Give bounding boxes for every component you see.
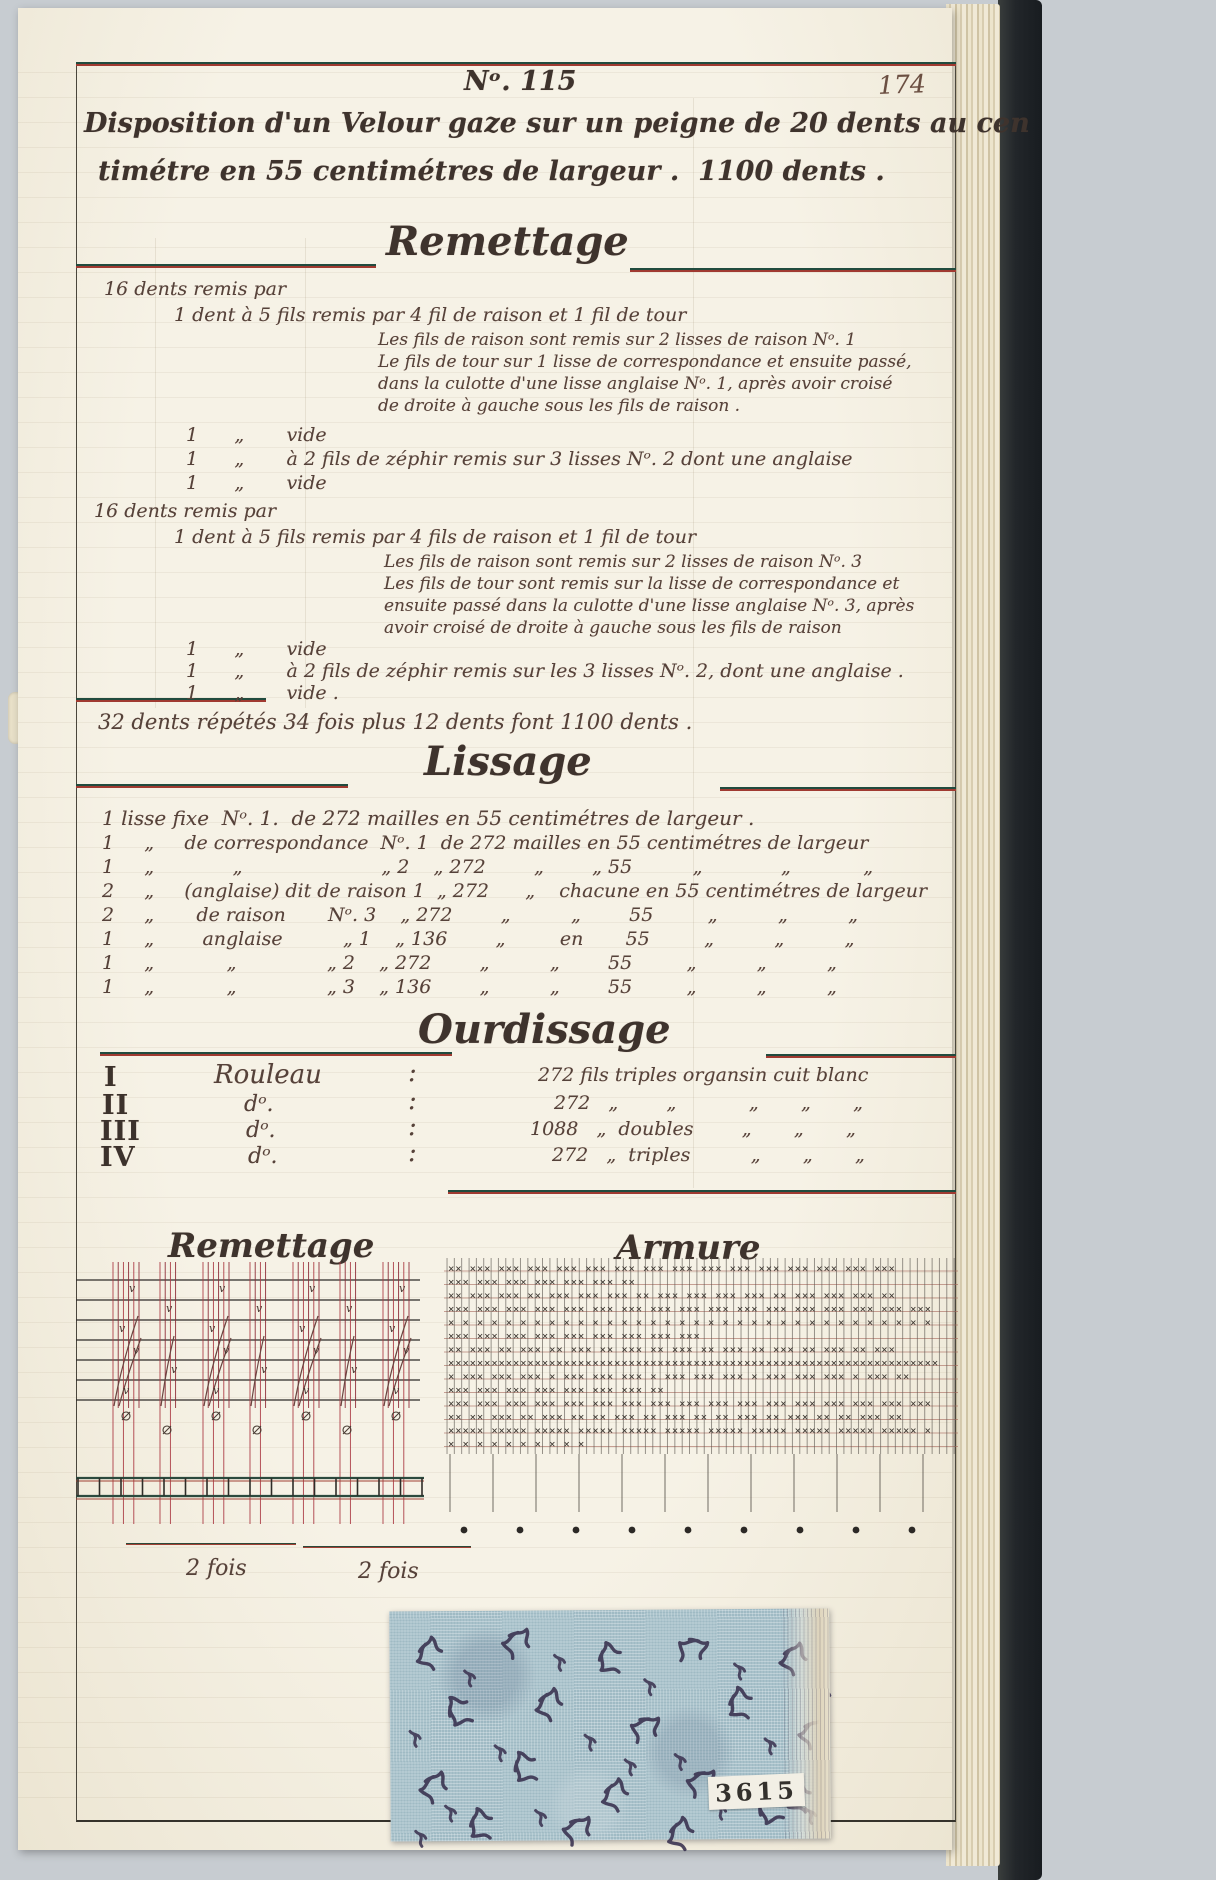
remettage-line: 1 „ vide (186, 638, 327, 660)
ourdissage-rule-right (766, 1054, 956, 1058)
fois-label-2: 2 fois (358, 1559, 419, 1584)
remettage-line: Les fils de tour sont remis sur la lisse… (384, 574, 899, 594)
ourdissage-line: Rouleau (214, 1060, 322, 1090)
svg-text:v: v (219, 1282, 226, 1295)
tie-up-dots (461, 1527, 916, 1534)
svg-text:v: v (261, 1363, 268, 1376)
svg-text:××× ××× ××× ××× ××× ××× ××× ××: ××× ××× ××× ××× ××× ××× ××× ××× ××× ××× … (448, 1398, 932, 1410)
remettage-line: 16 dents remis par (104, 278, 286, 300)
svg-text:v: v (119, 1322, 126, 1335)
ourdissage-line: 272 „ „ „ „ „ (554, 1092, 863, 1114)
ourdissage-line: 272 „ triples „ „ „ (552, 1144, 865, 1166)
ourdissage-line: dᵒ. (248, 1144, 278, 1169)
remettage-line: 1 „ vide (186, 472, 327, 494)
remettage-line: Les fils de raison sont remis sur 2 liss… (378, 330, 856, 350)
remettage-line: 16 dents remis par (94, 500, 276, 522)
ourdissage-colon: : (408, 1058, 417, 1088)
remettage-total-line: 32 dents répétés 34 fois plus 12 dents f… (98, 710, 692, 734)
svg-text:v: v (399, 1282, 406, 1295)
svg-text:× × × × × × × × × × × × × × ×: × × × × × × × × × × × × × × × × × × × × … (448, 1317, 932, 1329)
lissage-rule-left (76, 784, 348, 788)
svg-text:×× ××× ××× ××× ××× ××× ××× ×: ×× ××× ××× ××× ××× ××× ××× ××× ××× ××× ×… (448, 1263, 896, 1275)
svg-text:×× ××× ××× ×× ××× ××× ××× ××: ×× ××× ××× ×× ××× ××× ××× ×× ××× ××× ×××… (448, 1290, 896, 1302)
svg-text:××× ××× ××× ×××: ××× ××× ××× ××× ××× ××× ××× ××× ××× (448, 1331, 701, 1343)
svg-text:××× ××× ×××: ××× ××× ××× ××× ××× ××× ×× (448, 1277, 636, 1289)
book-cover (998, 0, 1042, 1880)
svg-text:××× ××× ××× ××× ××× ××× ××× ××: ××× ××× ××× ××× ××× ××× ××× ××× ××× ××× … (448, 1304, 932, 1316)
remettage-rule-left (76, 264, 376, 268)
svg-text:××× ××× ××× ×××: ××× ××× ××× ××× ××× ××× ××× ×× (448, 1385, 665, 1397)
remettage-line: avoir croisé de droite à gauche sous les… (384, 618, 842, 638)
lissage-heading: Lissage (424, 738, 592, 785)
svg-text:v: v (346, 1302, 353, 1315)
svg-text:v: v (171, 1363, 178, 1376)
svg-text:××××××××××××××××××××××××××××××: ××××××××××××××××××××××××××××××××××××××××… (448, 1358, 939, 1370)
folio-number-label: Nᵒ. 115 (464, 66, 576, 97)
svg-text:v: v (213, 1384, 220, 1397)
svg-text:v: v (299, 1322, 306, 1335)
manuscript-page: Nᵒ. 115 174 Disposition d'un Velour gaze… (18, 8, 952, 1850)
lissage-line: 1 „ anglaise „ 1 „ 136 „ en 55 „ „ „ (102, 928, 854, 950)
armure-weave-diagram: ×× ××× ××× ××× ××× ××× ××× ××× ××× ××× ×… (444, 1258, 958, 1563)
empty-dent-marks (122, 1412, 400, 1434)
svg-text:× × × × ×: × × × × × × × × × × (448, 1439, 585, 1451)
remettage-line: 1 „ à 2 fils de zéphir remis sur 3 lisse… (186, 448, 853, 470)
remettage-line: 1 „ vide (186, 424, 327, 446)
svg-text:×× ××× ×× ××× ×× ××× ×× ××× ×: ×× ××× ×× ××× ×× ××× ×× ××× ×× ××× ×× ××… (448, 1344, 896, 1356)
ourdissage-line: 1088 „ doubles „ „ „ (530, 1118, 856, 1140)
svg-text:v: v (393, 1384, 400, 1397)
svg-text:v: v (223, 1344, 230, 1357)
svg-text:v: v (133, 1344, 140, 1357)
ourdissage-colon: : (408, 1138, 417, 1168)
remettage-rule-right (630, 268, 956, 272)
book-photo: { "page": { "no_label": "Nᵒ. 115", "numb… (0, 0, 1216, 1880)
svg-text:v: v (256, 1302, 263, 1315)
thread-crossings (114, 1316, 411, 1406)
fabric-swatch: 3615 (389, 1608, 831, 1841)
remettage-line: ensuite passé dans la culotte d'une liss… (384, 596, 914, 616)
svg-text:v: v (166, 1302, 173, 1315)
svg-text:××××× ××××× ××××× ××××× ×××××: ××××× ××××× ××××× ××××× ××××× ××××× ××××… (448, 1425, 932, 1437)
lissage-line: 1 lisse fixe Nᵒ. 1. de 272 mailles en 55… (102, 806, 754, 830)
svg-text:v: v (389, 1322, 396, 1335)
remettage-threading-diagram: vvvvvvvvvvvvvvvvvvvvvv (76, 1258, 426, 1548)
title-line-1: Disposition d'un Velour gaze sur un peig… (84, 108, 1030, 139)
swatch-number-label: 3615 (708, 1773, 805, 1810)
hanging-cords (450, 1454, 923, 1512)
lissage-line: 2 „ de raison Nᵒ. 3 „ 272 „ „ 55 „ „ „ (102, 904, 858, 926)
ourdissage-roman: I (104, 1062, 118, 1093)
ourdissage-rule-left (100, 1052, 452, 1056)
svg-text:v: v (403, 1344, 410, 1357)
weave-x-marks: ×× ××× ××× ××× ××× ××× ××× ××× ××× ××× ×… (448, 1263, 939, 1451)
ourdissage-line: 272 fils triples organsin cuit blanc (538, 1064, 868, 1086)
reed-comb (76, 1478, 424, 1499)
remettage-heading: Remettage (386, 218, 629, 265)
remettage-line: 1 „ vide . (186, 682, 339, 704)
svg-text:×× ×× ××× ×× ××× ×× ×× ××× ××: ×× ×× ××× ×× ××× ×× ×× ××× ×× ××× ×× ×× … (448, 1412, 903, 1424)
remettage-line: Les fils de raison sont remis sur 2 liss… (384, 552, 862, 572)
ourdissage-roman: IV (100, 1142, 136, 1173)
remettage-line: Le fils de tour sur 1 lisse de correspon… (378, 352, 912, 372)
fois-label-1: 2 fois (186, 1556, 247, 1581)
remettage-line: dans la culotte d'une lisse anglaise Nᵒ.… (378, 374, 892, 394)
svg-text:v: v (351, 1363, 358, 1376)
remettage-line: 1 „ à 2 fils de zéphir remis sur les 3 l… (186, 660, 904, 682)
title-line-2: timétre en 55 centimétres de largeur . 1… (98, 156, 885, 187)
lissage-rule-right (720, 787, 956, 791)
svg-text:v: v (303, 1384, 310, 1397)
svg-text:v: v (209, 1322, 216, 1335)
lissage-line: 1 „ „ „ 2 „ 272 „ „ 55 „ „ „ (102, 952, 837, 974)
svg-text:v: v (309, 1282, 316, 1295)
ourdissage-line: dᵒ. (246, 1118, 276, 1143)
svg-text:× ××× ××× ××× × ××× ××× ×××: × ××× ××× ××× × ××× ××× ××× × ××× ××× ××… (448, 1371, 910, 1383)
lissage-line: 1 „ „ „ 3 „ 136 „ „ 55 „ „ „ (102, 976, 837, 998)
page-number: 174 (878, 69, 927, 100)
lissage-line: 1 „ de correspondance Nᵒ. 1 de 272 maill… (102, 832, 868, 854)
lissage-line: 2 „ (anglaise) dit de raison 1 „ 272 „ c… (102, 880, 927, 902)
svg-text:v: v (313, 1344, 320, 1357)
ourdissage-heading: Ourdissage (418, 1006, 671, 1053)
remettage-line: de droite à gauche sous les fils de rais… (378, 396, 740, 416)
lissage-line: 1 „ „ „ 2 „ 272 „ „ 55 „ „ „ (102, 856, 873, 878)
ourdissage-line: dᵒ. (244, 1092, 274, 1117)
armure-top-rule (448, 1190, 956, 1194)
svg-text:v: v (129, 1282, 136, 1295)
remettage-line: 1 dent à 5 fils remis par 4 fils de rais… (174, 526, 696, 548)
remettage-line: 1 dent à 5 fils remis par 4 fil de raiso… (174, 304, 686, 326)
svg-text:v: v (123, 1384, 130, 1397)
branch-motifs (409, 1620, 831, 1851)
